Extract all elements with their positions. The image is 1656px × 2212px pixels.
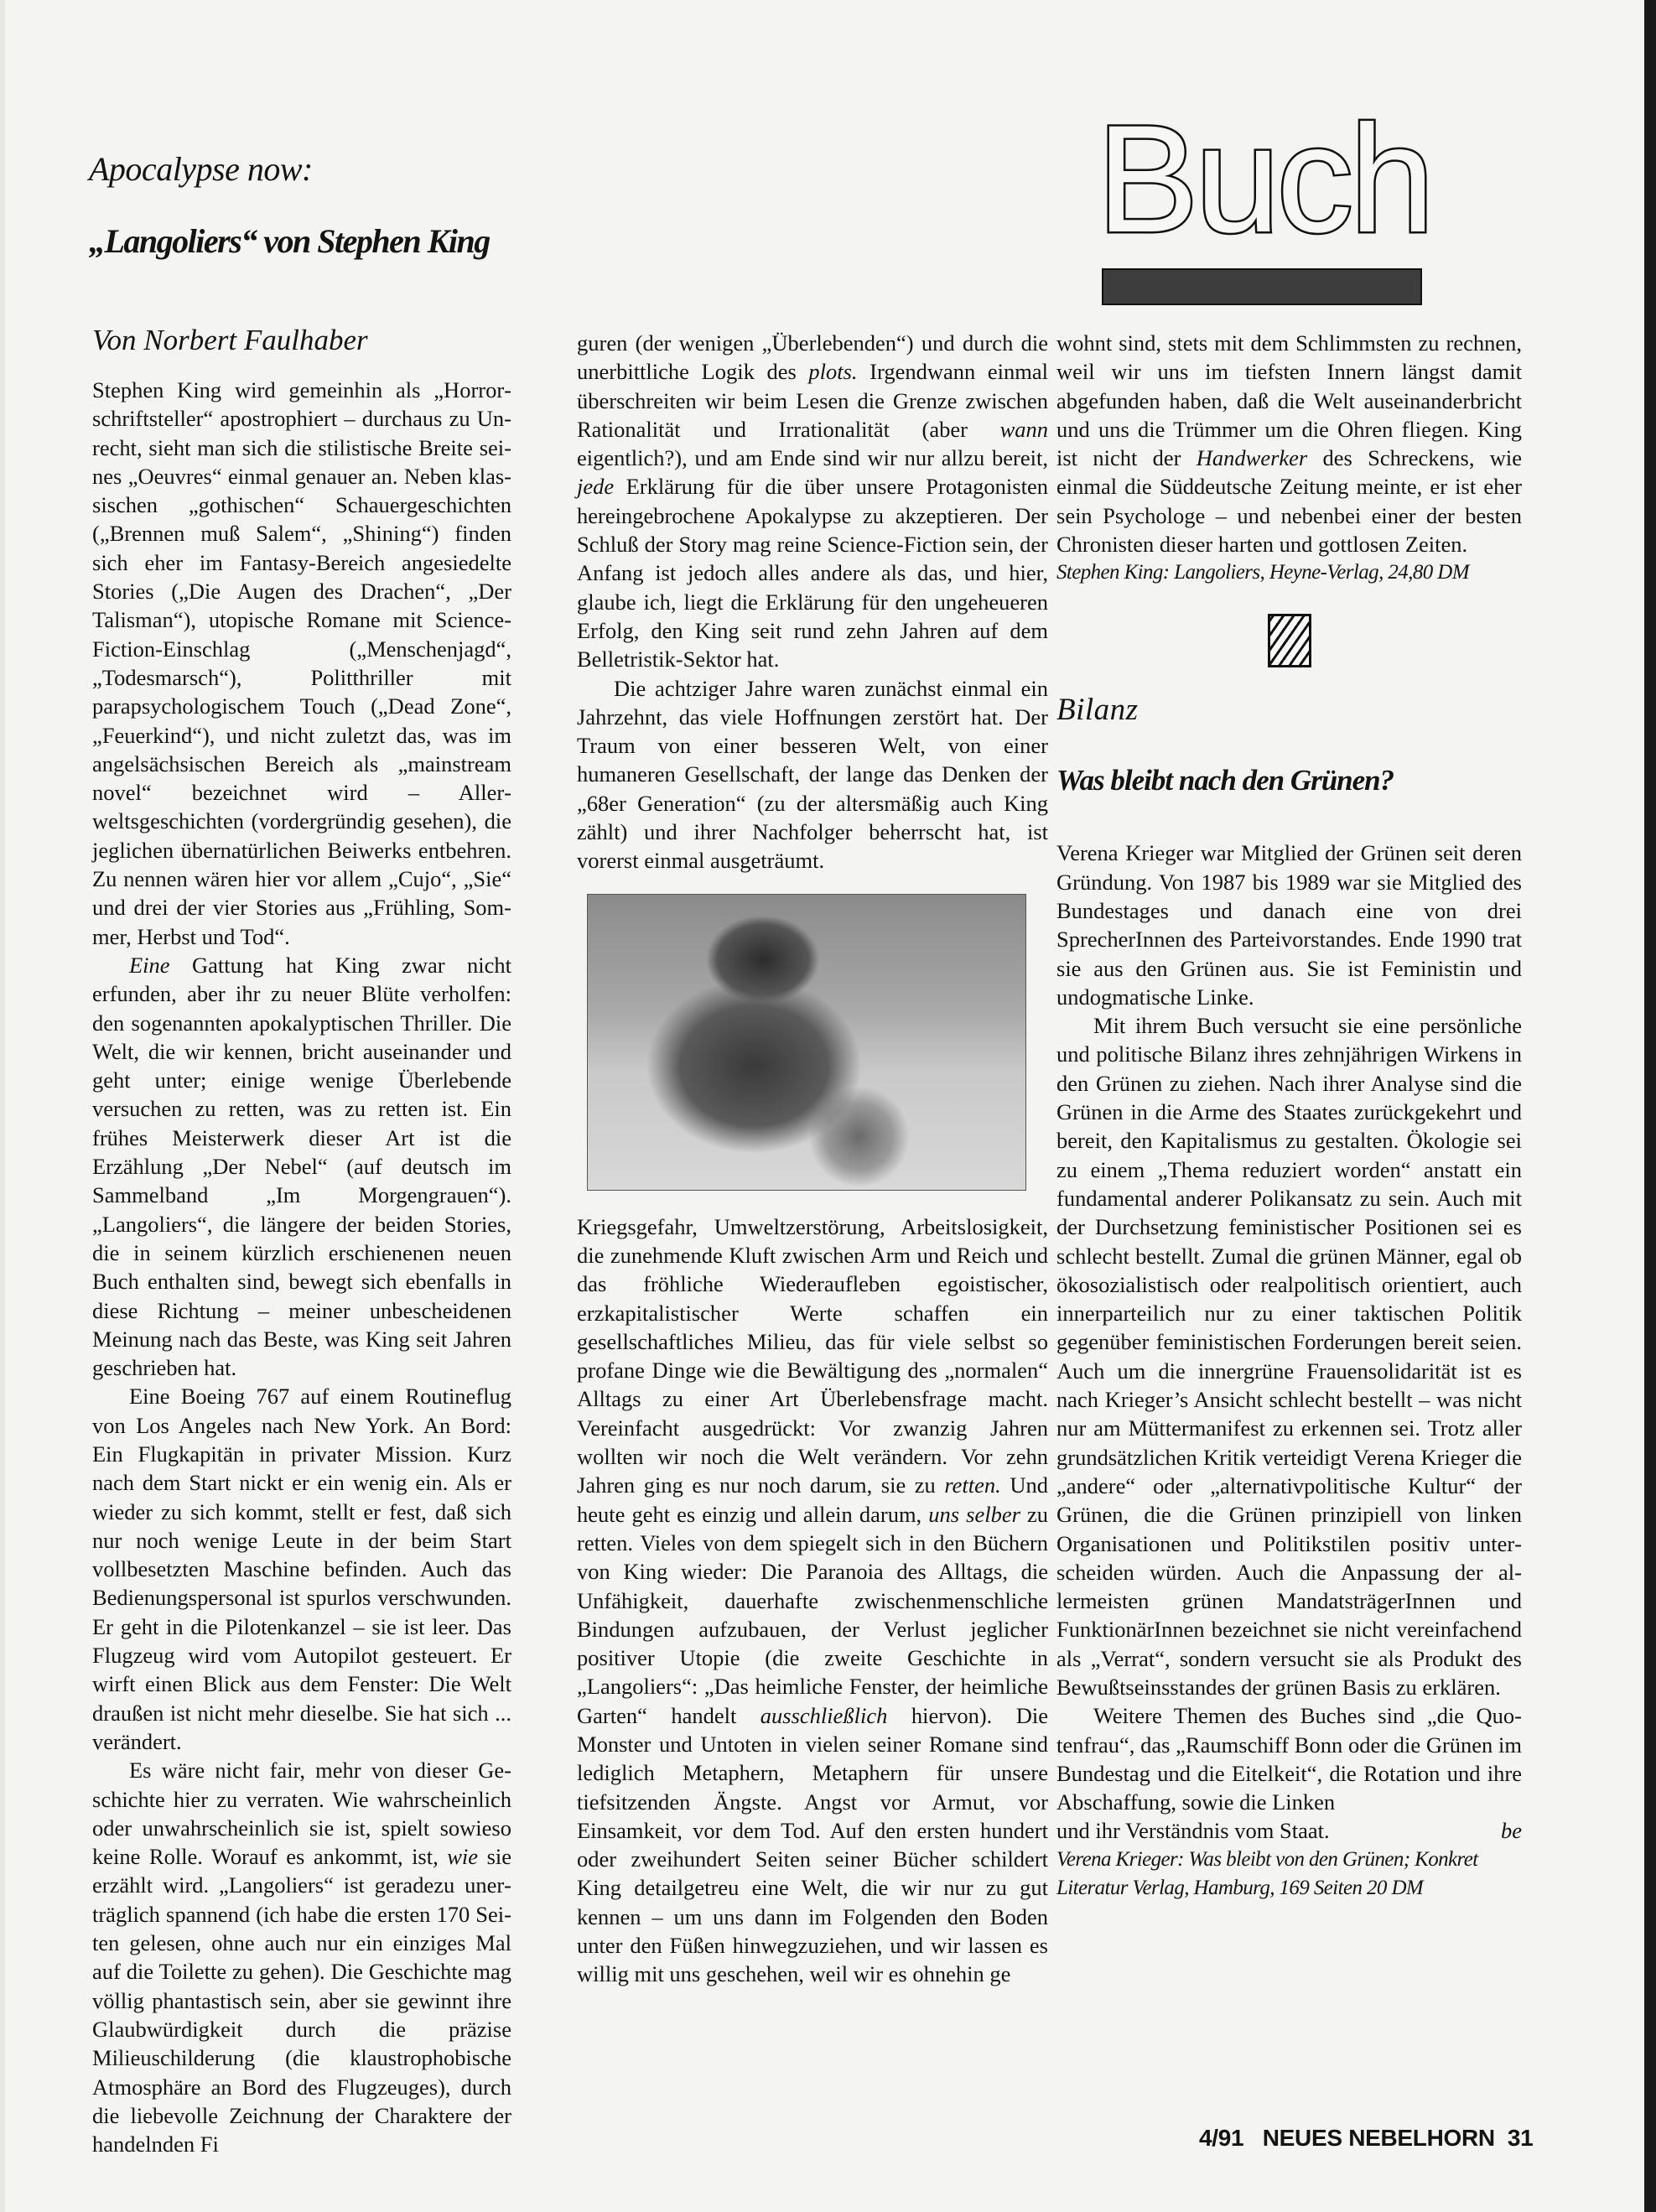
hatched-divider-icon — [1268, 614, 1311, 667]
author-initials: be — [1501, 1816, 1522, 1845]
section-underline-bar — [1102, 268, 1422, 305]
paragraph: Kriegsgefahr, Umweltzerstörung, Arbeitsl… — [577, 1212, 1048, 1989]
page-right-edge — [1644, 0, 1656, 2212]
section-label: Buch — [1097, 107, 1444, 250]
column-1: Von Norbert Faulhaber Stephen King wird … — [92, 324, 511, 2158]
page-left-edge — [0, 0, 5, 2212]
issue-number: 4/91 — [1199, 2125, 1243, 2151]
paragraph: Mit ihrem Buch versucht sie eine persönl… — [1056, 1011, 1522, 1701]
section-logo: Buch — [1100, 107, 1444, 305]
page-number: 31 — [1508, 2125, 1534, 2151]
paragraph: Es wäre nicht fair, mehr von dieser Ge­s… — [92, 1756, 511, 2158]
paragraph: Verena Krieger war Mitglied der Grünen s… — [1056, 839, 1522, 1011]
author-photo — [587, 894, 1026, 1191]
article-kicker: Apocalypse now: — [89, 149, 313, 189]
book-credit: Stephen King: Langoliers, Heyne-Verlag, … — [1056, 558, 1522, 587]
page-footer: 4/91 NEUES NEBELHORN 31 — [1199, 2125, 1533, 2152]
paragraph: Eine Boeing 767 auf einem Routineflug vo… — [92, 1382, 511, 1756]
emphasis: Eine — [129, 953, 170, 978]
emphasis: wie — [447, 1844, 478, 1869]
signoff-line: und ihr Verständnis vom Staat. be — [1056, 1816, 1522, 1845]
article2-headline: Was bleibt nach den Grünen? — [1056, 763, 1522, 798]
paragraph: Eine Gattung hat King zwar nicht erfunde… — [92, 951, 511, 1382]
paragraph: guren (der wenigen „Überlebenden“) und d… — [577, 329, 1048, 674]
article-headline: „Langoliers“ von Stephen King — [89, 221, 490, 261]
paragraph: Weitere Themen des Buches sind „die Quo­… — [1056, 1701, 1522, 1816]
article2-kicker: Bilanz — [1056, 693, 1522, 728]
paragraph: Stephen King wird gemeinhin als „Horror­… — [92, 376, 511, 951]
paragraph: wohnt sind, stets mit dem Schlimmsten zu… — [1056, 329, 1522, 558]
byline: Von Norbert Faulhaber — [92, 324, 511, 357]
column-3: wohnt sind, stets mit dem Schlimmsten zu… — [1056, 329, 1522, 1903]
paragraph: Die achtziger Jahre waren zunächst einma… — [577, 674, 1048, 875]
book-credit: Verena Krieger: Was bleibt von den Grüne… — [1056, 1846, 1522, 1903]
column-2: guren (der wenigen „Überlebenden“) und d… — [577, 329, 1048, 1989]
magazine-name: NEUES NEBELHORN — [1263, 2125, 1495, 2151]
